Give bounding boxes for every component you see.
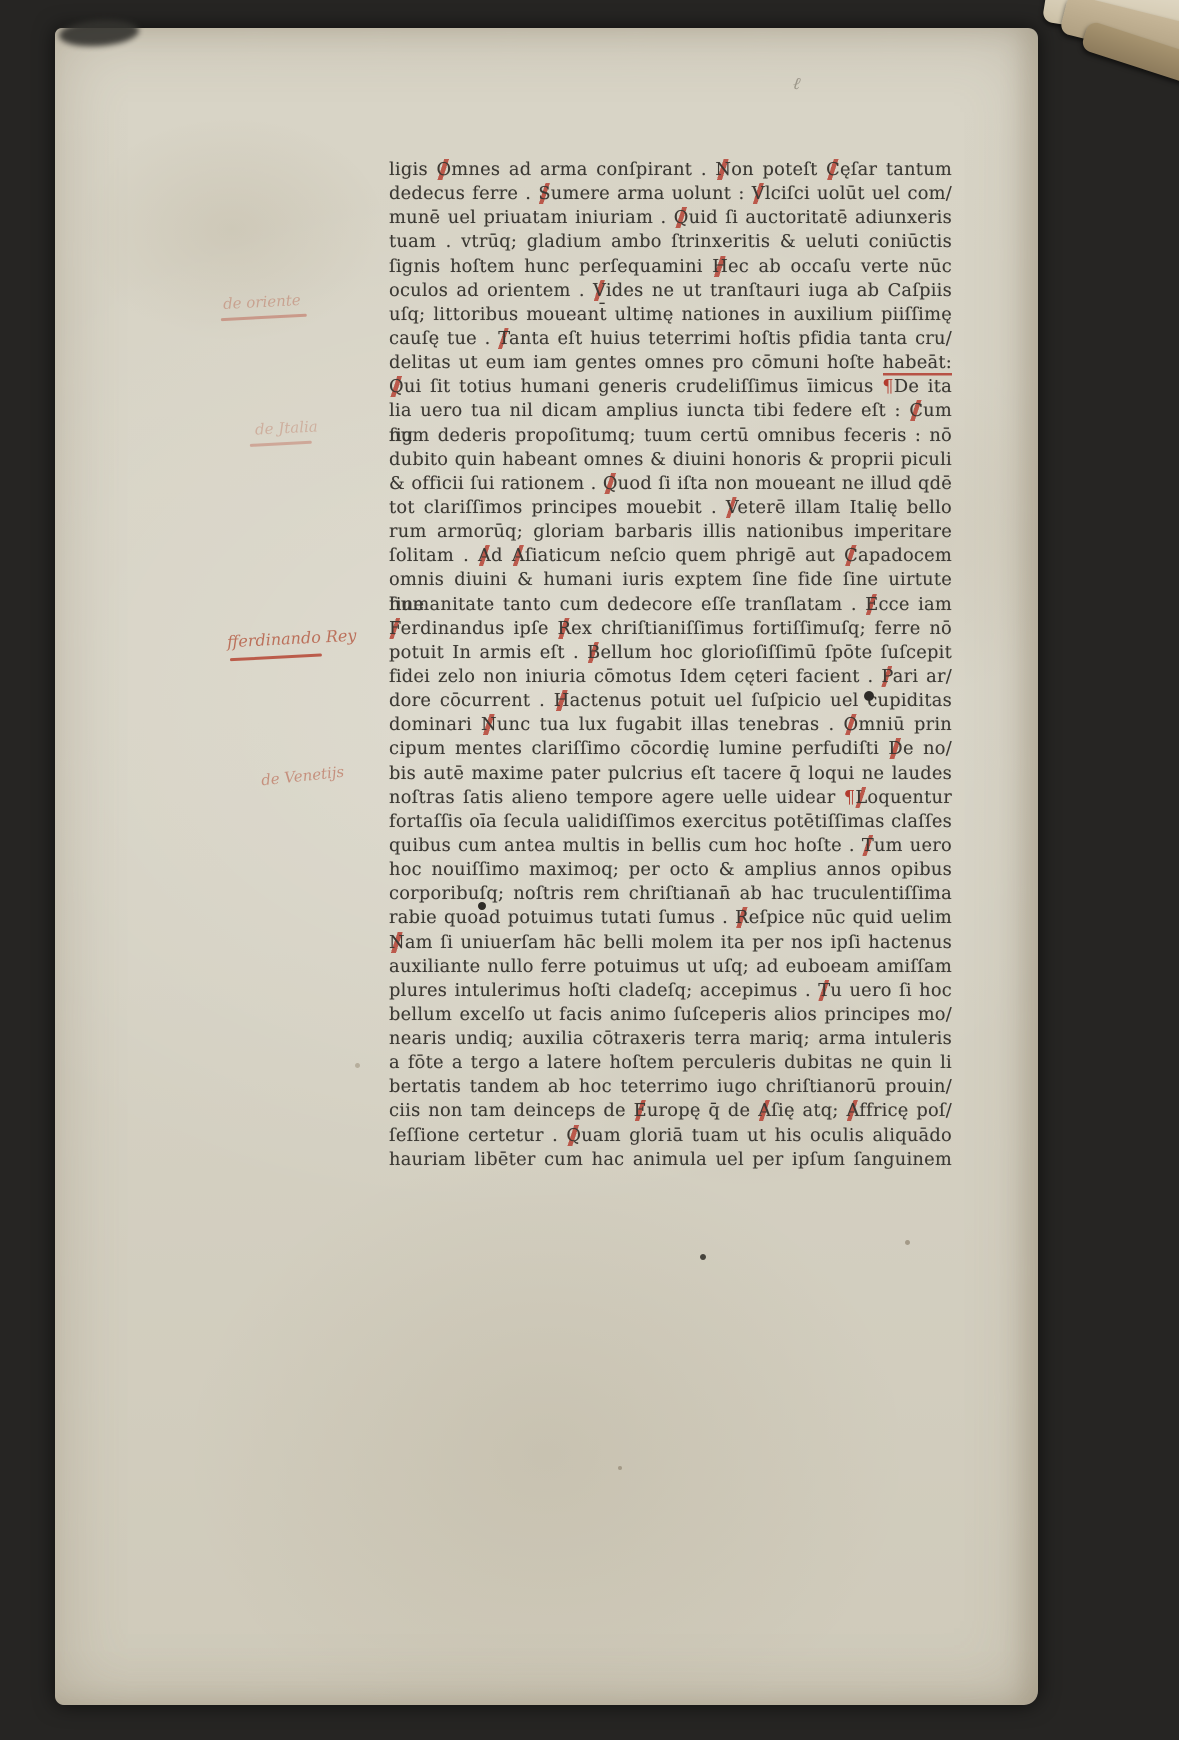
text-line: potuit In armis eſt . Bellum hoc glorioſ…: [389, 641, 952, 665]
text-line: humanitate tanto cum dedecore eſſe tranſ…: [389, 593, 952, 617]
parchment-page: ℓ de oriente de Jtalia fferdinando Rey d…: [55, 28, 1038, 1705]
text-line: rabie quoad potuimus tutati ſumus . Reſp…: [389, 906, 952, 930]
margin-annotation-text: de Venetijs: [260, 763, 345, 790]
text-line: num dederis propoſitumq; tuum certū omni…: [389, 424, 952, 448]
text-line: ſolitam . Ad Aſiaticum neſcio quem phrig…: [389, 544, 952, 568]
text-line: dedecus ferre . Sumere arma uolunt : Vlc…: [389, 182, 952, 206]
red-underline: [230, 653, 322, 660]
text-line: plures intulerimus hoſti cladeſq; accepi…: [389, 979, 952, 1003]
text-line: uſq; littoribus moueant̄ ultimę nationes…: [389, 303, 952, 327]
text-line: Ferdinandus ipſe Rex chriſtianiſſimus fo…: [389, 617, 952, 641]
text-line: tuam . vtrūq; gladium ambo ſtrinxeritis …: [389, 230, 952, 254]
text-line: ſeſſione certetur . Quam gloriā tuam ut …: [389, 1124, 952, 1148]
ink-blot: [700, 1254, 706, 1260]
red-underline: [250, 441, 312, 447]
text-line: & officii ſui rationem . Quod ſi iſta no…: [389, 472, 952, 496]
margin-annotation-text: fferdinando Rey: [227, 626, 357, 652]
margin-annotation: de Venetijs: [260, 764, 345, 789]
text-line: dominari Nunc tua lux fugabit illas tene…: [389, 713, 952, 737]
red-underline: [221, 314, 307, 321]
text-line: munē uel priuatam iniuriam . Quid ſi auc…: [389, 206, 952, 230]
text-line: lia uero tua nil dicam amplius iuncta ti…: [389, 399, 952, 423]
text-line: ciis non tam deinceps de Europę q̄ de Aſ…: [389, 1099, 952, 1123]
scanned-book-photo: { "page": { "description_label": "incuna…: [0, 0, 1179, 1740]
text-line: fortaſſis oīa ſecula ualidiſſimos exerci…: [389, 810, 952, 834]
text-line: ſignis hoſtem hunc perſequamini Hec ab o…: [389, 255, 952, 279]
paper-speck: [355, 1063, 360, 1068]
text-line: corporibuſq; noſtris rem chriſtianan̄ ab…: [389, 882, 952, 906]
text-block: ligis Omnes ad arma conſpirant . Non pot…: [389, 158, 952, 1172]
text-line: noſtras ſatis alieno tempore agere uelle…: [389, 786, 952, 810]
text-line: dubito quin habeant omnes & diuini honor…: [389, 448, 952, 472]
text-line: nearis undiq; auxilia cōtraxeris terra m…: [389, 1027, 952, 1051]
margin-annotation: de oriente: [223, 292, 301, 312]
text-line: omnis diuini & humani iuris exptem ſine …: [389, 568, 952, 592]
corner-smudge: [58, 17, 140, 49]
text-line: rum armorūq; gloriam barbaris illis nati…: [389, 520, 952, 544]
text-line: delitas ut eum iam gentes omnes pro cōmu…: [389, 351, 952, 375]
text-line: cauſę tue . Tanta eſt huius teterrimi ho…: [389, 327, 952, 351]
margin-annotation-text: de Jtalia: [255, 417, 319, 438]
stray-pen-mark: ℓ: [792, 74, 802, 95]
text-line: Nam ſi uniuerſam hāc belli molem ita per…: [389, 931, 952, 955]
text-line: ligis Omnes ad arma conſpirant . Non pot…: [389, 158, 952, 182]
text-line: hauriam libēter cum hac animula uel per …: [389, 1148, 952, 1172]
paper-speck: [905, 1240, 910, 1245]
text-line: fidei zelo non iniuria cōmotus Idem cęte…: [389, 665, 952, 689]
text-line: a fōte a tergo a latere hoſtem perculeri…: [389, 1051, 952, 1075]
text-line: oculos ad orientem . Vides ne ut tranſta…: [389, 279, 952, 303]
text-line: hoc nouiſſimo maximoq; per octo & ampliu…: [389, 858, 952, 882]
margin-annotation: fferdinando Rey: [227, 628, 357, 651]
text-line: quibus cum antea multis in bellis cum ho…: [389, 834, 952, 858]
ink-blot: [864, 691, 874, 701]
margin-annotation-text: de oriente: [223, 291, 302, 313]
ink-blot: [478, 902, 486, 910]
text-line: bis autē maxime pater pulcrius eſt tacer…: [389, 762, 952, 786]
text-line: tot clariſſimos principes mouebit . Vete…: [389, 496, 952, 520]
book-fore-edge: [1036, 48, 1074, 1663]
text-line: Qui ſit totius humani generis crudeliſſi…: [389, 375, 952, 399]
text-line: bellum excelſo ut facis animo ſuſceperis…: [389, 1003, 952, 1027]
margin-annotation: de Jtalia: [255, 418, 319, 437]
paper-speck: [618, 1466, 622, 1470]
text-line: cipum mentes clariſſimo cōcordię lumine …: [389, 737, 952, 761]
text-line: bertatis tandem ab hoc teterrimo iugo ch…: [389, 1075, 952, 1099]
text-line: auxiliante nullo ferre potuimus ut uſq; …: [389, 955, 952, 979]
